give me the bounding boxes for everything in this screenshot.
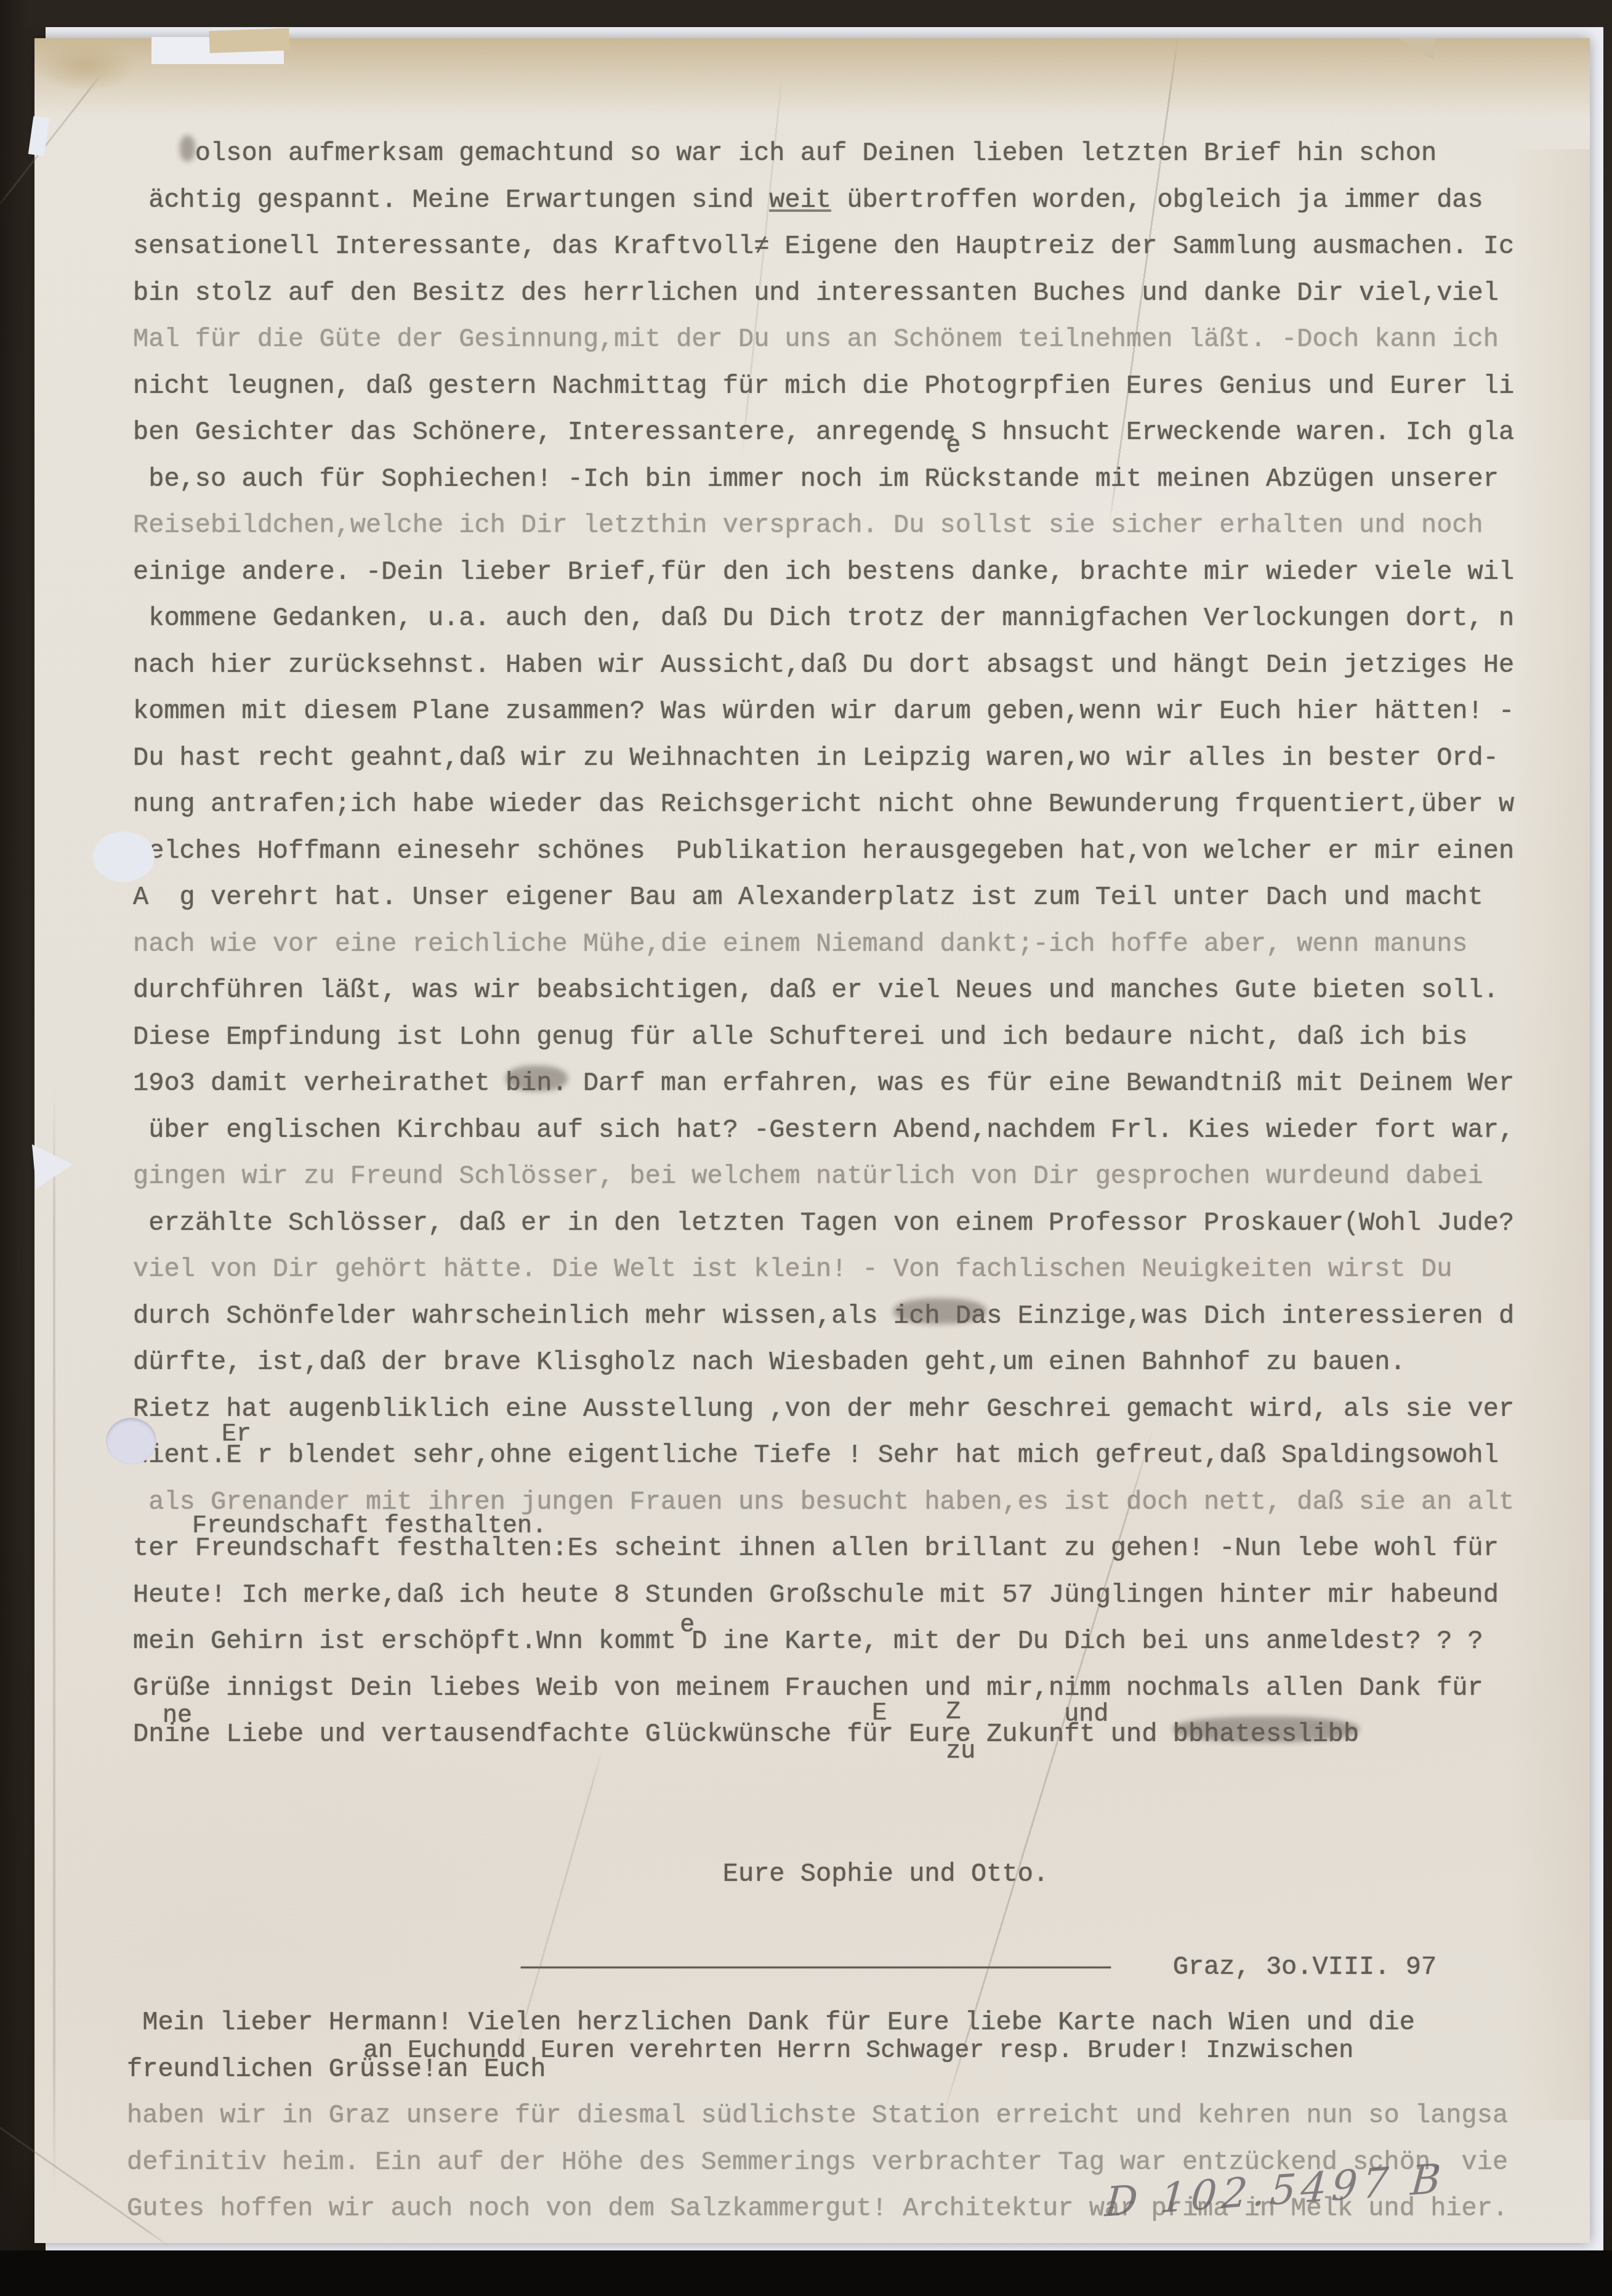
- typed-line: nach hier zurücksehnst. Haben wir Aussic…: [133, 642, 1514, 689]
- overtype-correction: E: [872, 1691, 887, 1737]
- typed-line: über englischen Kirchbau auf sich hat? -…: [133, 1107, 1514, 1154]
- overtype-correction: ne: [163, 1693, 192, 1740]
- typed-line: nach wie vor eine reichliche Mühe,die ei…: [133, 921, 1514, 968]
- torn-white-patch-line17: [93, 831, 155, 882]
- underline-mark: [769, 209, 831, 212]
- typed-line: Diese Empfindung ist Lohn genug für alle…: [133, 1014, 1514, 1061]
- ink-smudge: [893, 1298, 986, 1324]
- punch-hole: [106, 1418, 156, 1465]
- typed-line: welches Hoffmann einesehr schönes Publik…: [133, 828, 1514, 875]
- typed-line: ben Gesichter das Schönere, Interessante…: [133, 410, 1514, 456]
- typed-text-letter1: olson aufmerksam gemachtund so war ich a…: [133, 131, 1514, 1758]
- typed-line: durchführen läßt, was wir beabsichtigen,…: [133, 968, 1514, 1014]
- typed-line: ächtig gespannt. Meine Erwartungen sind …: [133, 177, 1514, 224]
- typed-line: nung antrafen;ich habe wieder das Reichs…: [133, 782, 1514, 828]
- typed-line: dürfte, ist,daß der brave Klisgholz nach…: [133, 1340, 1514, 1386]
- overtype-correction: e: [680, 1603, 695, 1649]
- typed-line: Mal für die Güte der Gesinnung,mit der D…: [133, 317, 1514, 363]
- letter-page: olson aufmerksam gemachtund so war ich a…: [34, 38, 1590, 2243]
- typed-line: dient.E r blendet sehr,ohne eigentliche …: [133, 1433, 1514, 1479]
- typed-line: erzählte Schlösser, daß er in den letzte…: [133, 1200, 1514, 1247]
- ink-smudge: [506, 1065, 568, 1091]
- typed-line: bin stolz auf den Besitz des herrlichen …: [133, 270, 1514, 317]
- tape-remnant: [209, 28, 289, 54]
- typed-line: kommene Gedanken, u.a. auch den, daß Du …: [133, 596, 1514, 642]
- typed-line: Du hast recht geahnt,daß wir zu Weihnach…: [133, 735, 1514, 782]
- typed-line: Heute! Ich merke,daß ich heute 8 Stunden…: [133, 1572, 1514, 1619]
- typed-line: ter Freundschaft festhalten:Es scheint i…: [133, 1526, 1514, 1572]
- scanned-letter-stage: olson aufmerksam gemachtund so war ich a…: [0, 0, 1612, 2296]
- typed-line: kommen mit diesem Plane zusammen? Was wü…: [133, 689, 1514, 735]
- typed-line: gingen wir zu Freund Schlösser, bei welc…: [133, 1154, 1514, 1200]
- typed-line: haben wir in Graz unsere für diesmal süd…: [127, 2093, 1508, 2140]
- ink-smudge: [1173, 1716, 1359, 1742]
- typed-line: Rietz hat augenbliklich eine Ausstellung…: [133, 1386, 1514, 1433]
- typed-line: sensationell Interessante, das Kraftvoll…: [133, 224, 1514, 270]
- paper-stain-right: [1510, 149, 1590, 2120]
- typed-line: Grüße innigst Dein liebes Weib von meine…: [133, 1665, 1514, 1712]
- typed-line: Reisebildchen,welche ich Dir letzthin ve…: [133, 503, 1514, 549]
- paper-crease: [53, 1085, 55, 2194]
- overtype-correction: an Euchundd Euren verehrten Herrn Schwag…: [363, 2028, 1353, 2075]
- overtype-correction: zu: [946, 1729, 975, 1776]
- typed-divider-line: ——————————————————————————————————————: [521, 1944, 1111, 1991]
- typed-line: durch Schönfelder wahrscheinlich mehr wi…: [133, 1293, 1514, 1340]
- torn-white-patch-left: [32, 1144, 73, 1189]
- background-shadow-left: [0, 0, 28, 2296]
- corner-fold-top-right: [1398, 38, 1435, 60]
- typed-line: be,so auch für Sophiechen! -Ich bin imme…: [133, 456, 1514, 503]
- signature-line: Eure Sophie und Otto.: [723, 1851, 1049, 1898]
- ink-smudge: [180, 135, 195, 161]
- typed-line: freundlichen Grüsse!an Euchan Euchundd E…: [127, 2047, 1508, 2093]
- overtype-correction: Freundschaft festhalten.: [192, 1503, 547, 1550]
- typed-line: nicht leugnen, daß gestern Nachmittag fü…: [133, 363, 1514, 410]
- typed-line: Dnine Liebe und vertausendfachte Glückwü…: [133, 1712, 1514, 1758]
- typed-line: 19o3 damit verheirathet bin. Darf man er…: [133, 1061, 1514, 1107]
- typed-line: viel von Dir gehört hätte. Die Welt ist …: [133, 1247, 1514, 1293]
- typed-line: A g verehrt hat. Unser eigener Bau am Al…: [133, 875, 1514, 921]
- overtype-correction: Er: [222, 1412, 251, 1458]
- date-place-line: Graz, 3o.VIII. 97: [1173, 1944, 1437, 1991]
- typed-line: mein Gehirn ist erschöpft.Wnn kommt D in…: [133, 1619, 1514, 1665]
- typed-line: olson aufmerksam gemachtund so war ich a…: [133, 131, 1514, 177]
- background-bottom-band: [0, 2250, 1612, 2296]
- typed-line: einige andere. -Dein lieber Brief,für de…: [133, 549, 1514, 596]
